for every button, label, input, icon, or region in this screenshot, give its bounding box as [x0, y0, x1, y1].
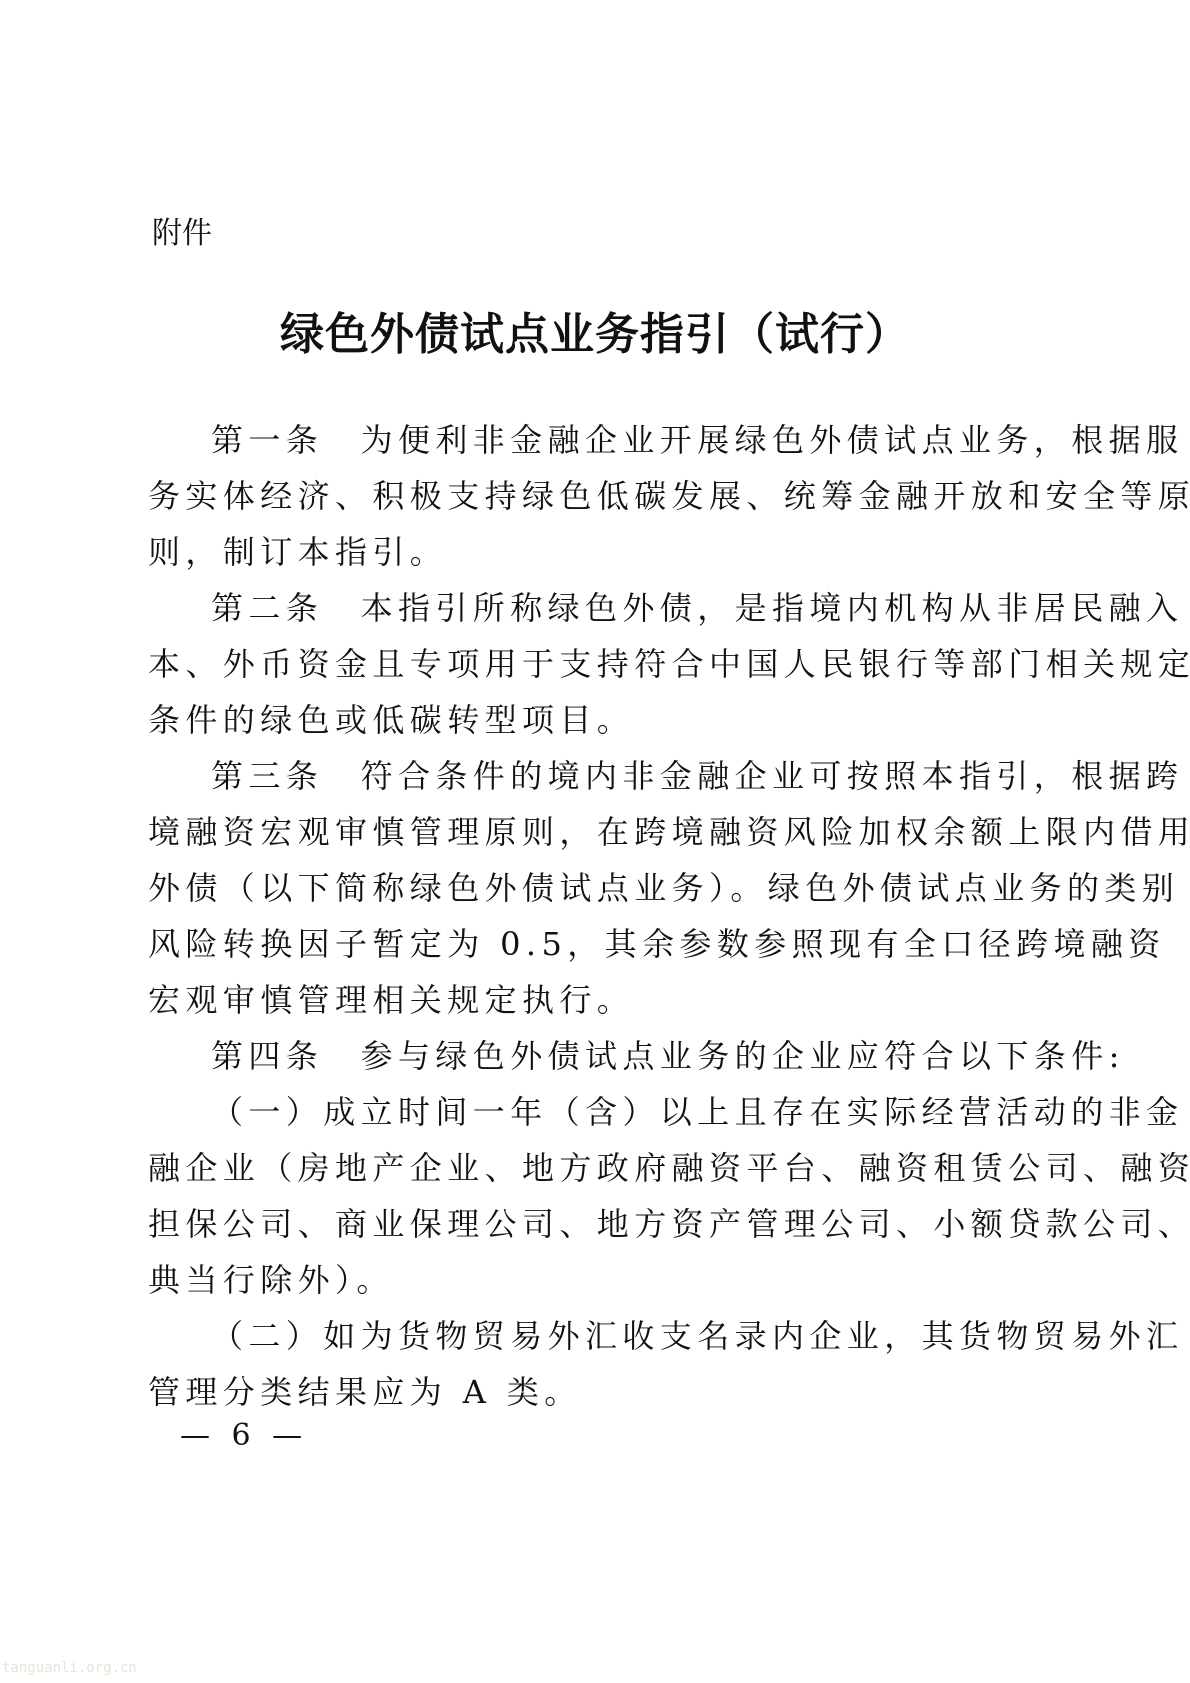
document-body: 第一条 为便利非金融企业开展绿色外债试点业务，根据服 务实体经济、积极支持绿色低…	[148, 412, 1048, 1420]
paragraph-line: 境融资宏观审慎管理原则，在跨境融资风险加权余额上限内借用	[148, 804, 1048, 860]
paragraph-line: 第三条 符合条件的境内非金融企业可按照本指引，根据跨	[148, 748, 1048, 804]
paragraph-line: 融企业（房地产企业、地方政府融资平台、融资租赁公司、融资	[148, 1140, 1048, 1196]
paragraph-line: 外债（以下简称绿色外债试点业务）。绿色外债试点业务的类别	[148, 860, 1048, 916]
paragraph-line: 宏观审慎管理相关规定执行。	[148, 972, 1048, 1028]
watermark: tanguanli.org.cn	[2, 1660, 137, 1676]
paragraph-line: 本、外币资金且专项用于支持符合中国人民银行等部门相关规定	[148, 636, 1048, 692]
paragraph-line: （二）如为货物贸易外汇收支名录内企业，其货物贸易外汇	[148, 1308, 1048, 1364]
paragraph-line: 风险转换因子暂定为 0.5，其余参数参照现有全口径跨境融资	[148, 916, 1048, 972]
attachment-label: 附件	[152, 208, 212, 252]
paragraph-line: 第一条 为便利非金融企业开展绿色外债试点业务，根据服	[148, 412, 1048, 468]
paragraph-line: 担保公司、商业保理公司、地方资产管理公司、小额贷款公司、	[148, 1196, 1048, 1252]
paragraph-line: 条件的绿色或低碳转型项目。	[148, 692, 1048, 748]
paragraph-line: 第二条 本指引所称绿色外债，是指境内机构从非居民融入	[148, 580, 1048, 636]
page-number: — 6 —	[180, 1418, 308, 1453]
paragraph-line: 务实体经济、积极支持绿色低碳发展、统筹金融开放和安全等原	[148, 468, 1048, 524]
paragraph-line: 管理分类结果应为 A 类。	[148, 1364, 1048, 1420]
paragraph-line: （一）成立时间一年（含）以上且存在实际经营活动的非金	[148, 1084, 1048, 1140]
document-title: 绿色外债试点业务指引（试行）	[0, 298, 1190, 362]
paragraph-line: 则，制订本指引。	[148, 524, 1048, 580]
paragraph-line: 第四条 参与绿色外债试点业务的企业应符合以下条件:	[148, 1028, 1048, 1084]
paragraph-line: 典当行除外）。	[148, 1252, 1048, 1308]
